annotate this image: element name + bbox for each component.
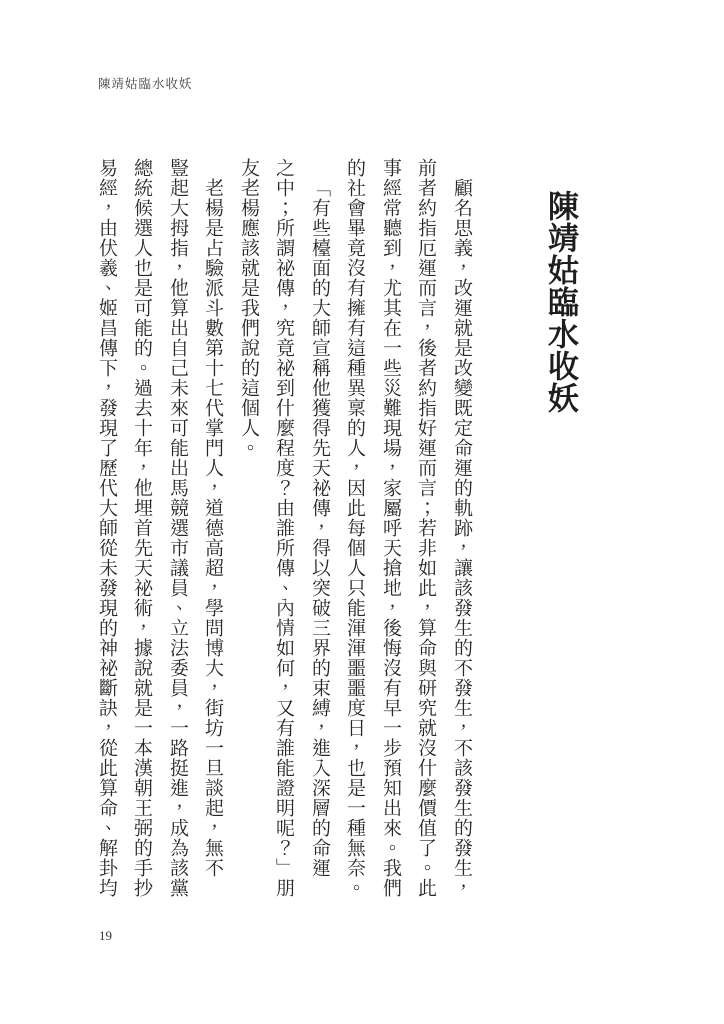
text-column: 友老楊應該就是我們說的這個人。 xyxy=(237,158,259,910)
text-column: 豎起大拇指，他算出自己未來可能出馬競選市議員、立法委員，一路挺進，成為該黨 xyxy=(166,158,188,910)
text-column: 顧名思義，改運就是改變既定命運的軌跡，讓該發生的不發生，不該發生的發生， xyxy=(450,158,472,930)
running-header: 陳靖姑臨水收妖 xyxy=(98,74,193,92)
chapter-title: 陳靖姑臨水收妖 xyxy=(538,190,583,414)
text-column: 「有些檯面的大師宣稱他獲得先天祕傳，得以突破三界的束縛，進入深層的命運 xyxy=(308,158,330,930)
text-column: 總統候選人也是可能的。過去十年，他埋首先天祕術，據說就是一本漢朝王弼的手抄 xyxy=(130,158,152,910)
text-column: 的社會畢竟沒有擁有這種異稟的人，因此每個人只能渾渾噩噩度日，也是一種無奈。 xyxy=(343,158,365,910)
book-page: 陳靖姑臨水收妖 陳靖姑臨水收妖 顧名思義，改運就是改變既定命運的軌跡，讓該發生的… xyxy=(0,0,724,1024)
page-number: 19 xyxy=(99,928,112,944)
text-column: 事經常聽到，尤其在一些災難現場，家屬呼天搶地，後悔沒有早一步預知出來。我們 xyxy=(379,158,401,910)
text-column: 前者約指厄運而言，後者約指好運而言；若非如此，算命與研究就沒什麼價值了。此 xyxy=(414,158,436,910)
text-column: 老楊是占驗派斗數第十七代掌門人，道德高超，學問博大，街坊一旦談起，無不 xyxy=(201,158,223,930)
text-column: 易經，由伏羲、姬昌傳下，發現了歷代大師從未發現的神祕斷訣，從此算命、解卦均 xyxy=(95,158,117,910)
text-column: 之中；所謂祕傳，究竟祕到什麼程度？由誰所傳、內情如何，又有誰能證明呢？」朋 xyxy=(272,158,294,910)
